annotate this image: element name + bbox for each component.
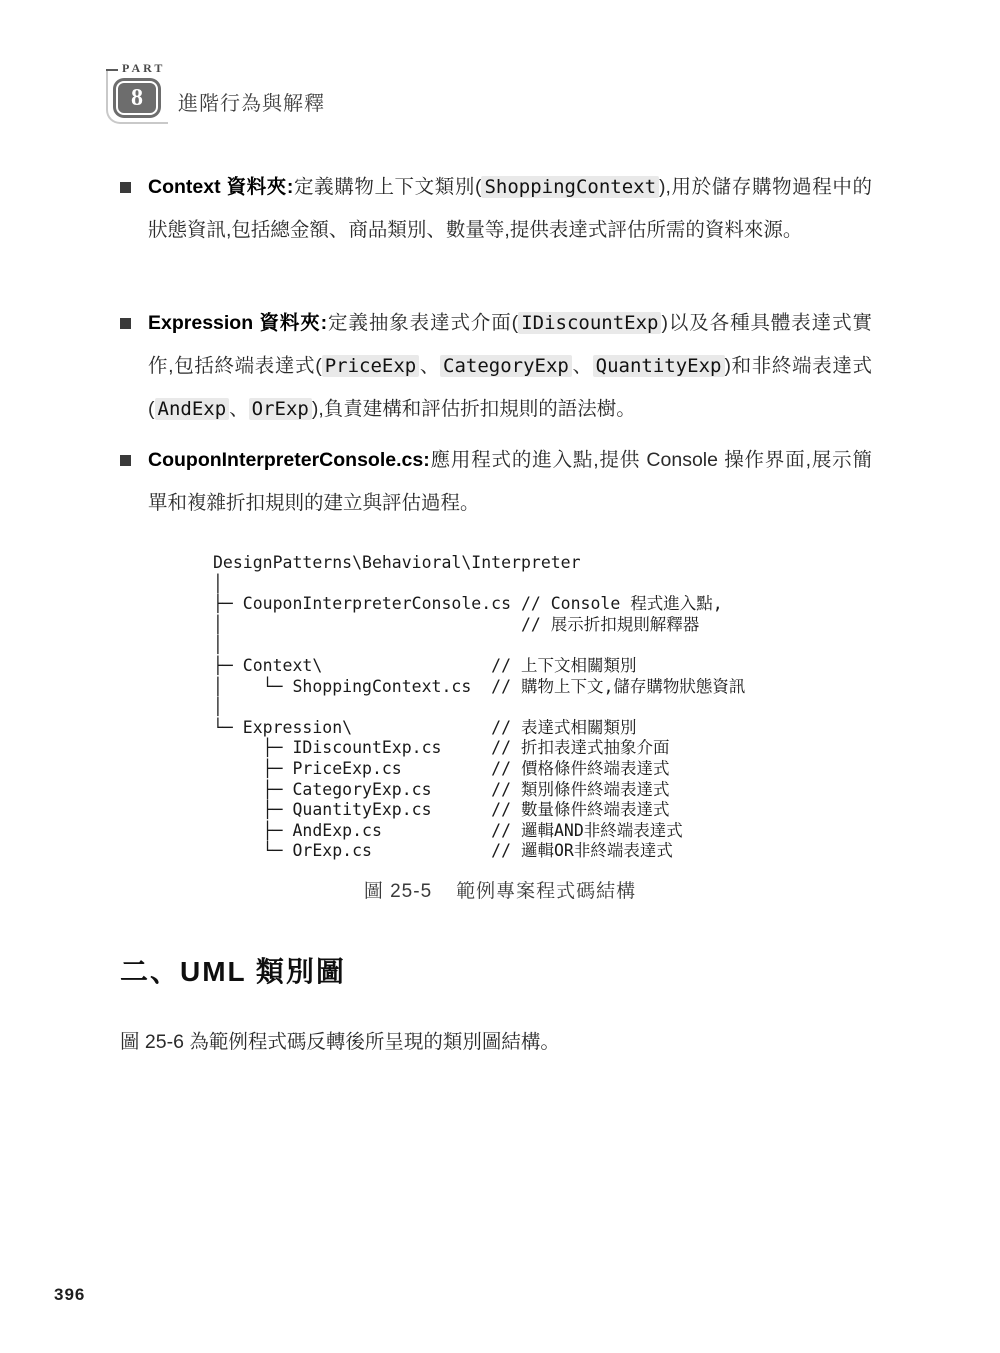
section-heading: 二、UML 類別圖 [120,950,346,990]
part-label: PART [122,61,165,76]
part-number: 8 [113,78,161,118]
text-segment-code: QuantityExp [593,355,725,377]
text-segment-text: ),負責建構和評估折扣規則的語法樹。 [312,398,636,420]
text-segment-code: OrExp [249,398,312,420]
text-segment-text: 定義抽象表達式介面( [327,312,518,334]
text-segment-lead: CouponInterpreterConsole.cs: [148,449,430,471]
figure-caption: 圖 25-5範例專案程式碼結構 [120,876,880,903]
part-title: 進階行為與解釋 [178,87,325,116]
text-segment-code: AndExp [155,398,230,420]
page-number: 396 [54,1285,85,1305]
bullet-item-expression: Expression 資料夾:定義抽象表達式介面(IDiscountExp)以及… [120,302,872,431]
text-segment-code: ShoppingContext [481,176,659,198]
text-segment-code: PriceExp [322,355,420,377]
book-page: PART 8 進階行為與解釋 Context 資料夾:定義購物上下文類別(Sho… [0,0,1000,1353]
part-tick-line [106,69,118,71]
bullet-square-icon [120,182,131,193]
text-segment-text: 、 [419,355,440,377]
text-segment-code: CategoryExp [440,355,572,377]
text-segment-lead: Expression 資料夾: [148,312,327,334]
figure-caption-text: 範例專案程式碼結構 [456,881,636,902]
text-segment-text: 、 [229,398,249,420]
bullet-item-context: Context 資料夾:定義購物上下文類別(ShoppingContext),用… [120,166,872,252]
bullet-text: CouponInterpreterConsole.cs:應用程式的進入點,提供 … [148,439,872,525]
text-segment-text: 定義購物上下文類別( [293,176,481,198]
bullet-square-icon [120,318,131,329]
figure-label: 圖 25-5 [364,881,432,902]
bullet-text: Context 資料夾:定義購物上下文類別(ShoppingContext),用… [148,166,872,252]
text-segment-lead: Context 資料夾: [148,176,293,198]
bullet-item-console: CouponInterpreterConsole.cs:應用程式的進入點,提供 … [120,439,872,525]
project-structure-tree: DesignPatterns\Behavioral\Interpreter │ … [213,553,745,862]
part-number-badge: 8 [113,78,161,118]
section-body-paragraph: 圖 25-6 為範例程式碼反轉後所呈現的類別圖結構。 [120,1026,880,1054]
text-segment-code: IDiscountExp [518,312,661,334]
bullet-text: Expression 資料夾:定義抽象表達式介面(IDiscountExp)以及… [148,302,872,431]
text-segment-text: 、 [572,355,593,377]
bullet-square-icon [120,455,131,466]
